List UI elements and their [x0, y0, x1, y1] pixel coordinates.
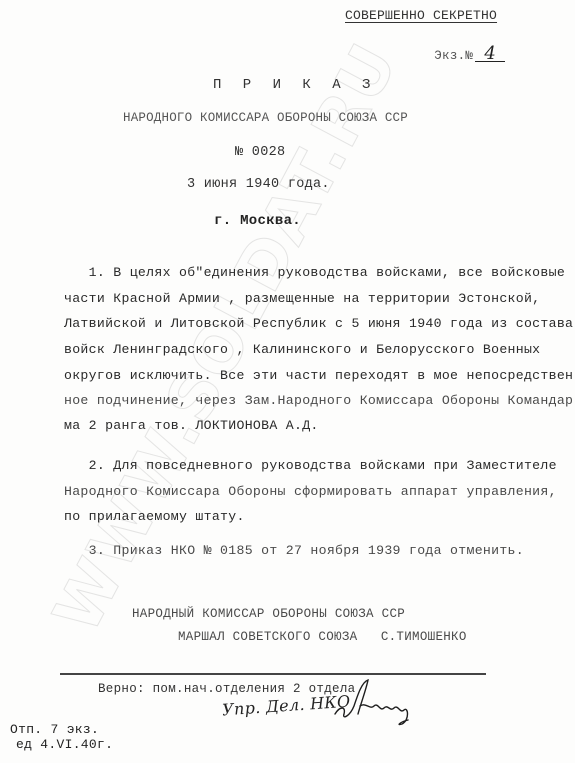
order-place: г. Москва. — [214, 213, 301, 229]
order-date: 3 июня 1940 года. — [187, 177, 330, 192]
classification-stamp: СОВЕРШЕННО СЕКРЕТНО — [345, 8, 497, 23]
divider-line — [60, 673, 486, 675]
copy-number-line: Экз.№4 — [403, 33, 505, 77]
paragraph-2-line: 2. Для повседневного руководства войскам… — [64, 458, 557, 473]
paragraph-1-line: округов исключить. Все эти части переход… — [64, 368, 575, 383]
copies-date: ед 4.VI.40г. — [16, 737, 113, 752]
order-number: № 0028 — [235, 145, 285, 160]
paragraph-1-line: ное подчинение, через Зам.Народного Коми… — [64, 393, 575, 408]
copy-number: 4 — [475, 47, 505, 62]
copies-count: Отп. 7 экз. — [10, 722, 99, 737]
copy-label: Экз.№ — [434, 49, 473, 63]
paragraph-1-line: ма 2 ранга тов. ЛОКТИОНОВА А.Д. — [64, 418, 319, 433]
signatory-name: МАРШАЛ СОВЕТСКОГО СОЮЗА С.ТИМОШЕНКО — [178, 630, 467, 644]
paragraph-3-line: 3. Приказ НКО № 0185 от 27 ноября 1939 г… — [64, 543, 524, 558]
paragraph-1-line: 1. В целях об"единения руководства войск… — [64, 265, 565, 280]
signatory-position: НАРОДНЫЙ КОМИССАР ОБОРОНЫ СОЮЗА ССР — [132, 607, 405, 621]
paragraph-1-line: войск Ленинградского , Калининского и Бе… — [64, 342, 540, 357]
paragraph-2-line: по прилагаемому штату. — [64, 509, 245, 524]
paragraph-1-line: Латвийской и Литовской Республик с 5 июн… — [64, 316, 573, 331]
document-title: П Р И К А З — [213, 77, 377, 93]
document-page: WWW.SOLDAT.RU СОВЕРШЕННО СЕКРЕТНО Экз.№4… — [0, 0, 575, 763]
handwritten-signature-icon — [330, 676, 420, 731]
paragraph-2-line: Народного Комиссара Обороны сформировать… — [64, 484, 557, 499]
document-subtitle: НАРОДНОГО КОМИССАРА ОБОРОНЫ СОЮЗА ССР — [123, 111, 408, 125]
paragraph-1-line: части Красной Армии , размещенные на тер… — [64, 291, 540, 306]
